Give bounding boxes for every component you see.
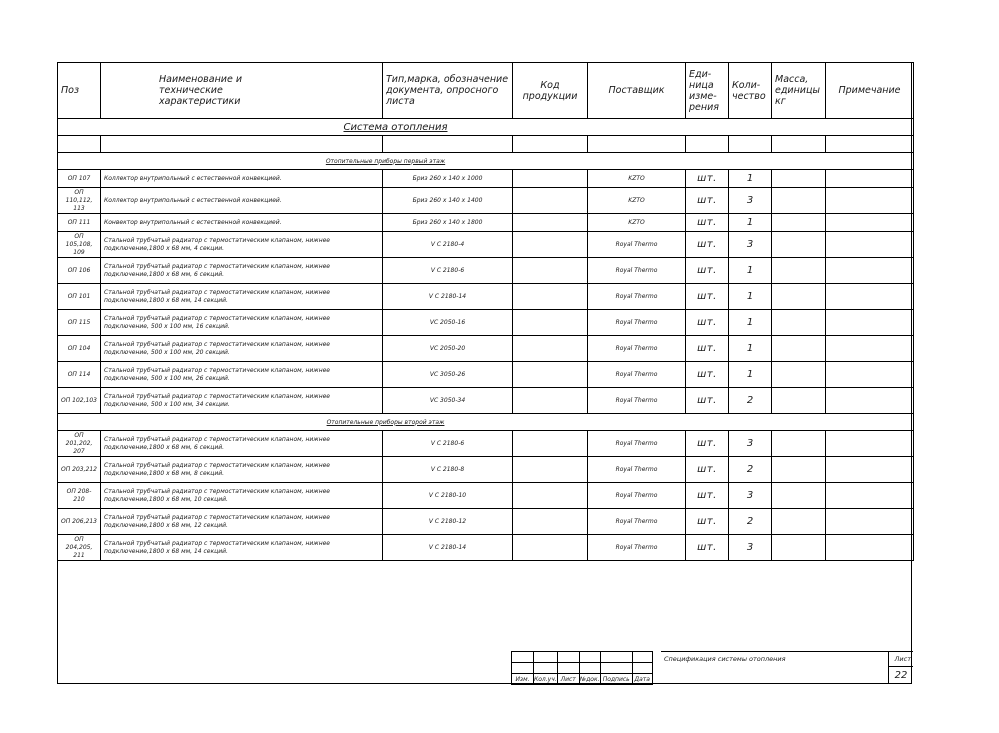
cell-name: Конвектор внутрипольный с естественной к… [101,214,383,232]
cell-mass [772,483,826,509]
table-row: ОП 104Стальной трубчатый радиатор с терм… [58,336,914,362]
cell-unit: шт. [686,188,729,214]
cell-note [826,509,914,535]
cell-unit: шт. [686,258,729,284]
cell-code [513,362,588,388]
cell-type: Бриз 260 х 140 х 1800 [383,214,513,232]
cell-unit: шт. [686,284,729,310]
cell-pos: ОП 110,112, 113 [58,188,101,214]
cell-qty: 2 [729,509,772,535]
cell-qty: 2 [729,388,772,414]
cell-unit: шт. [686,310,729,336]
cell-type: VC 3050-34 [383,388,513,414]
cell-pos: ОП 115 [58,310,101,336]
cell-code [513,431,588,457]
cell-unit: шт. [686,509,729,535]
cell-name: Стальной трубчатый радиатор с термостати… [101,457,383,483]
label-count: Кол.уч. [534,674,558,685]
cell-type: V C 2180-12 [383,509,513,535]
header-name: Наименование и технические характеристик… [101,63,383,119]
sheet-number-box: Лист 22 [888,651,913,684]
cell-pos: ОП 203,212 [58,457,101,483]
cell-mass [772,214,826,232]
section-header-row: Отопительные приборы первый этаж [58,153,914,170]
cell-qty: 1 [729,362,772,388]
cell-qty: 3 [729,483,772,509]
cell-note [826,214,914,232]
label-date: Дата [632,674,652,685]
cell-name: Стальной трубчатый радиатор с термостати… [101,284,383,310]
cell-code [513,310,588,336]
cell-supplier: KZTO [588,170,686,188]
cell-supplier: Royal Thermo [588,362,686,388]
cell-name: Стальной трубчатый радиатор с термостати… [101,362,383,388]
cell-supplier: Royal Thermo [588,388,686,414]
cell-name: Стальной трубчатый радиатор с термостати… [101,336,383,362]
cell-pos: ОП 208-210 [58,483,101,509]
cell-name: Стальной трубчатый радиатор с термостати… [101,258,383,284]
table-row: ОП 107Коллектор внутрипольный с естестве… [58,170,914,188]
cell-type: VC 3050-26 [383,362,513,388]
label-change: Изм. [512,674,534,685]
cell-mass [772,258,826,284]
cell-supplier: Royal Thermo [588,431,686,457]
table-row: ОП 106Стальной трубчатый радиатор с терм… [58,258,914,284]
cell-pos: ОП 104 [58,336,101,362]
cell-unit: шт. [686,214,729,232]
cell-unit: шт. [686,170,729,188]
sheet-number: 22 [889,667,913,685]
cell-qty: 1 [729,214,772,232]
cell-code [513,457,588,483]
cell-name: Стальной трубчатый радиатор с термостати… [101,388,383,414]
cell-pos: ОП 201,202, 207 [58,431,101,457]
cell-pos: ОП 105,108, 109 [58,232,101,258]
cell-mass [772,170,826,188]
cell-type: V C 2180-4 [383,232,513,258]
cell-qty: 1 [729,310,772,336]
cell-qty: 2 [729,457,772,483]
cell-unit: шт. [686,457,729,483]
cell-name: Стальной трубчатый радиатор с термостати… [101,509,383,535]
table-row: ОП 110,112, 113Коллектор внутрипольный с… [58,188,914,214]
cell-code [513,483,588,509]
cell-unit: шт. [686,535,729,561]
cell-pos: ОП 101 [58,284,101,310]
cell-name: Стальной трубчатый радиатор с термостати… [101,483,383,509]
table-row: ОП 105,108, 109Стальной трубчатый радиат… [58,232,914,258]
cell-name: Стальной трубчатый радиатор с термостати… [101,310,383,336]
cell-note [826,310,914,336]
cell-supplier: KZTO [588,214,686,232]
label-signature: Подпись [600,674,632,685]
header-mass: Масса, единицы кг [772,63,826,119]
system-title-row: Система отопления [58,119,914,136]
document-title: Спецификация системы отопления [661,651,888,684]
cell-mass [772,188,826,214]
revision-labels-row: Изм. Кол.уч. Лист №док. Подпись Дата [512,674,653,685]
table-row: ОП 204,205, 211Стальной трубчатый радиат… [58,535,914,561]
cell-note [826,188,914,214]
table-row: ОП 208-210Стальной трубчатый радиатор с … [58,483,914,509]
cell-pos: ОП 204,205, 211 [58,535,101,561]
cell-type: V C 2180-8 [383,457,513,483]
table-row: ОП 102,103Стальной трубчатый радиатор с … [58,388,914,414]
cell-name: Стальной трубчатый радиатор с термостати… [101,232,383,258]
title-block: Изм. Кол.уч. Лист №док. Подпись Дата Спе… [511,651,913,685]
cell-qty: 1 [729,336,772,362]
cell-name: Стальной трубчатый радиатор с термостати… [101,431,383,457]
cell-qty: 3 [729,535,772,561]
cell-unit: шт. [686,336,729,362]
cell-pos: ОП 114 [58,362,101,388]
cell-note [826,457,914,483]
label-sheet: Лист [557,674,579,685]
header-unit: Еди- ница изме- рения [686,63,729,119]
table-row: ОП 101Стальной трубчатый радиатор с терм… [58,284,914,310]
cell-unit: шт. [686,483,729,509]
cell-supplier: Royal Thermo [588,483,686,509]
cell-mass [772,431,826,457]
cell-unit: шт. [686,362,729,388]
cell-supplier: Royal Thermo [588,310,686,336]
cell-note [826,431,914,457]
cell-qty: 3 [729,188,772,214]
cell-code [513,214,588,232]
header-note: Примечание [826,63,914,119]
cell-note [826,388,914,414]
cell-code [513,170,588,188]
cell-note [826,362,914,388]
cell-note [826,483,914,509]
cell-pos: ОП 106 [58,258,101,284]
cell-type: V C 2180-14 [383,535,513,561]
section-header-row: Отопительные приборы второй этаж [58,414,914,431]
cell-type: V C 2180-6 [383,431,513,457]
cell-note [826,170,914,188]
cell-mass [772,232,826,258]
cell-note [826,535,914,561]
system-title: Система отопления [343,122,447,133]
cell-mass [772,362,826,388]
cell-mass [772,310,826,336]
section-title: Отопительные приборы первый этаж [326,158,445,165]
cell-pos: ОП 107 [58,170,101,188]
cell-unit: шт. [686,232,729,258]
sheet-label: Лист [889,652,913,667]
cell-mass [772,336,826,362]
cell-name: Коллектор внутрипольный с естественной к… [101,170,383,188]
header-type: Тип,марка, обозначение документа, опросн… [383,63,513,119]
cell-note [826,258,914,284]
cell-mass [772,284,826,310]
cell-type: V C 2180-10 [383,483,513,509]
cell-pos: ОП 206,213 [58,509,101,535]
cell-pos: ОП 102,103 [58,388,101,414]
cell-type: V C 2180-6 [383,258,513,284]
revision-grid: Изм. Кол.уч. Лист №док. Подпись Дата [511,651,653,685]
cell-supplier: Royal Thermo [588,284,686,310]
cell-note [826,336,914,362]
cell-unit: шт. [686,388,729,414]
cell-qty: 1 [729,258,772,284]
cell-type: VC 2050-20 [383,336,513,362]
cell-supplier: Royal Thermo [588,336,686,362]
cell-code [513,188,588,214]
cell-code [513,388,588,414]
blank-row [58,136,914,153]
cell-unit: шт. [686,431,729,457]
cell-qty: 3 [729,232,772,258]
cell-mass [772,388,826,414]
cell-mass [772,535,826,561]
header-code: Код продукции [513,63,588,119]
cell-type: V C 2180-14 [383,284,513,310]
header-row: Поз Наименование и технические характери… [58,63,914,119]
table-row: ОП 114Стальной трубчатый радиатор с терм… [58,362,914,388]
table-row: ОП 206,213Стальной трубчатый радиатор с … [58,509,914,535]
header-supplier: Поставщик [588,63,686,119]
cell-type: VC 2050-16 [383,310,513,336]
label-docnum: №док. [579,674,600,685]
cell-code [513,232,588,258]
cell-name: Стальной трубчатый радиатор с термостати… [101,535,383,561]
cell-code [513,284,588,310]
cell-note [826,284,914,310]
cell-supplier: Royal Thermo [588,535,686,561]
cell-qty: 1 [729,170,772,188]
section-title: Отопительные приборы второй этаж [327,419,445,426]
cell-qty: 3 [729,431,772,457]
cell-supplier: KZTO [588,188,686,214]
cell-supplier: Royal Thermo [588,232,686,258]
table-row: ОП 203,212Стальной трубчатый радиатор с … [58,457,914,483]
header-qty: Коли- чество [729,63,772,119]
cell-type: Бриз 260 х 140 х 1000 [383,170,513,188]
cell-type: Бриз 260 х 140 х 1400 [383,188,513,214]
cell-pos: ОП 111 [58,214,101,232]
cell-code [513,509,588,535]
table-row: ОП 201,202, 207Стальной трубчатый радиат… [58,431,914,457]
cell-code [513,535,588,561]
specification-table: Поз Наименование и технические характери… [57,62,914,561]
cell-qty: 1 [729,284,772,310]
header-pos: Поз [58,63,101,119]
table-row: ОП 111Конвектор внутрипольный с естестве… [58,214,914,232]
cell-name: Коллектор внутрипольный с естественной к… [101,188,383,214]
cell-supplier: Royal Thermo [588,258,686,284]
cell-code [513,336,588,362]
cell-note [826,232,914,258]
cell-mass [772,509,826,535]
cell-mass [772,457,826,483]
cell-code [513,258,588,284]
cell-supplier: Royal Thermo [588,457,686,483]
cell-supplier: Royal Thermo [588,509,686,535]
table-row: ОП 115Стальной трубчатый радиатор с терм… [58,310,914,336]
